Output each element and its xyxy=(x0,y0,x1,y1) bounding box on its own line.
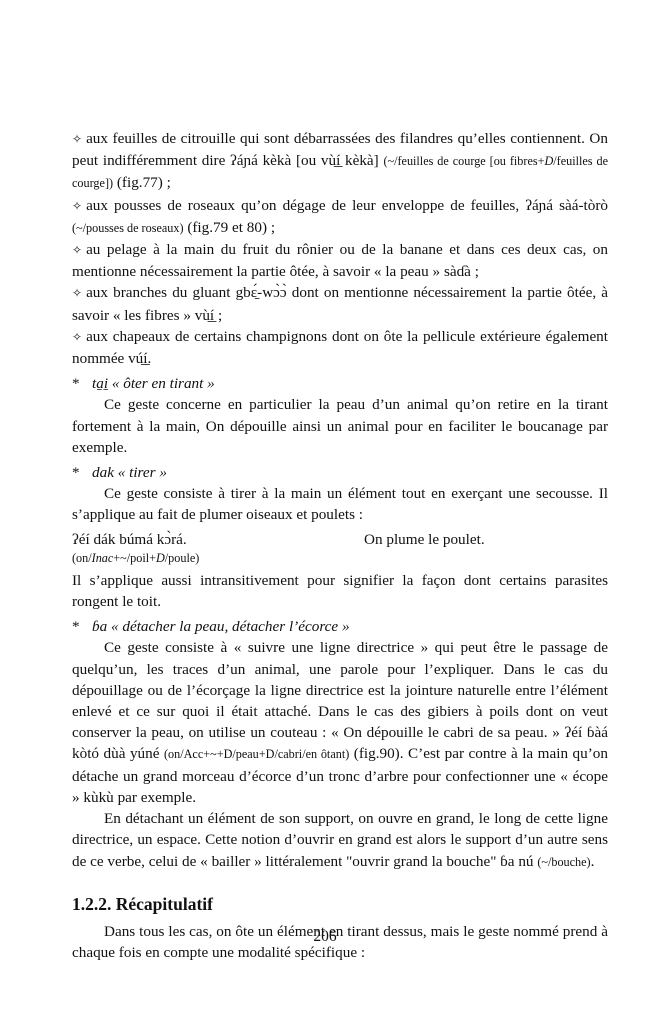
star-icon: * xyxy=(72,373,92,394)
page-number: 206 xyxy=(0,928,650,946)
diamond-bullet-icon: ✧ xyxy=(72,330,82,344)
star-icon: * xyxy=(72,462,92,483)
diamond-bullet-icon: ✧ xyxy=(72,243,82,257)
entry-heading-dak: *dak « tirer » xyxy=(72,462,608,483)
diamond-bullet-icon: ✧ xyxy=(72,132,82,146)
page-body: ✧aux feuilles de citrouille qui sont déb… xyxy=(72,128,608,963)
entry-body-tai: Ce geste concerne en particulier la peau… xyxy=(72,394,608,458)
diamond-bullet-icon: ✧ xyxy=(72,199,82,213)
diamond-bullet-icon: ✧ xyxy=(72,286,82,300)
example-text: ʔéí dák búmá kɔ̀rá. xyxy=(72,529,364,550)
star-icon: * xyxy=(72,616,92,637)
example-translation: On plume le poulet. xyxy=(364,529,485,550)
bullet-item: ✧au pelage à la main du fruit du rônier … xyxy=(72,239,608,282)
example-sentence: ʔéí dák búmá kɔ̀rá. On plume le poulet. xyxy=(72,529,608,550)
entry-body-dak: Ce geste consiste à tirer à la main un é… xyxy=(72,483,608,525)
bullet-item: ✧aux chapeaux de certains champignons do… xyxy=(72,326,608,369)
bullet-item: ✧aux pousses de roseaux qu’on dégage de … xyxy=(72,195,608,239)
bullet-item: ✧aux feuilles de citrouille qui sont déb… xyxy=(72,128,608,195)
entry-body-ba-2: En détachant un élément de son support, … xyxy=(72,808,608,873)
entry-body-ba: Ce geste consiste à « suivre une ligne d… xyxy=(72,637,608,808)
example-gloss: (on/Inac+~/poil+D/poule) xyxy=(72,550,608,566)
entry-body-dak-after: Il s’applique aussi intransitivement pou… xyxy=(72,570,608,612)
section-heading: 1.2.2. Récapitulatif xyxy=(72,893,608,915)
entry-heading-ba: *ɓa « détacher la peau, détacher l’écorc… xyxy=(72,616,608,637)
bullet-item: ✧aux branches du gluant gbɛ̠́-wɔ̀ɔ̀ dont… xyxy=(72,282,608,325)
entry-heading-tai: *ta̠i̠ « ôter en tirant » xyxy=(72,373,608,394)
